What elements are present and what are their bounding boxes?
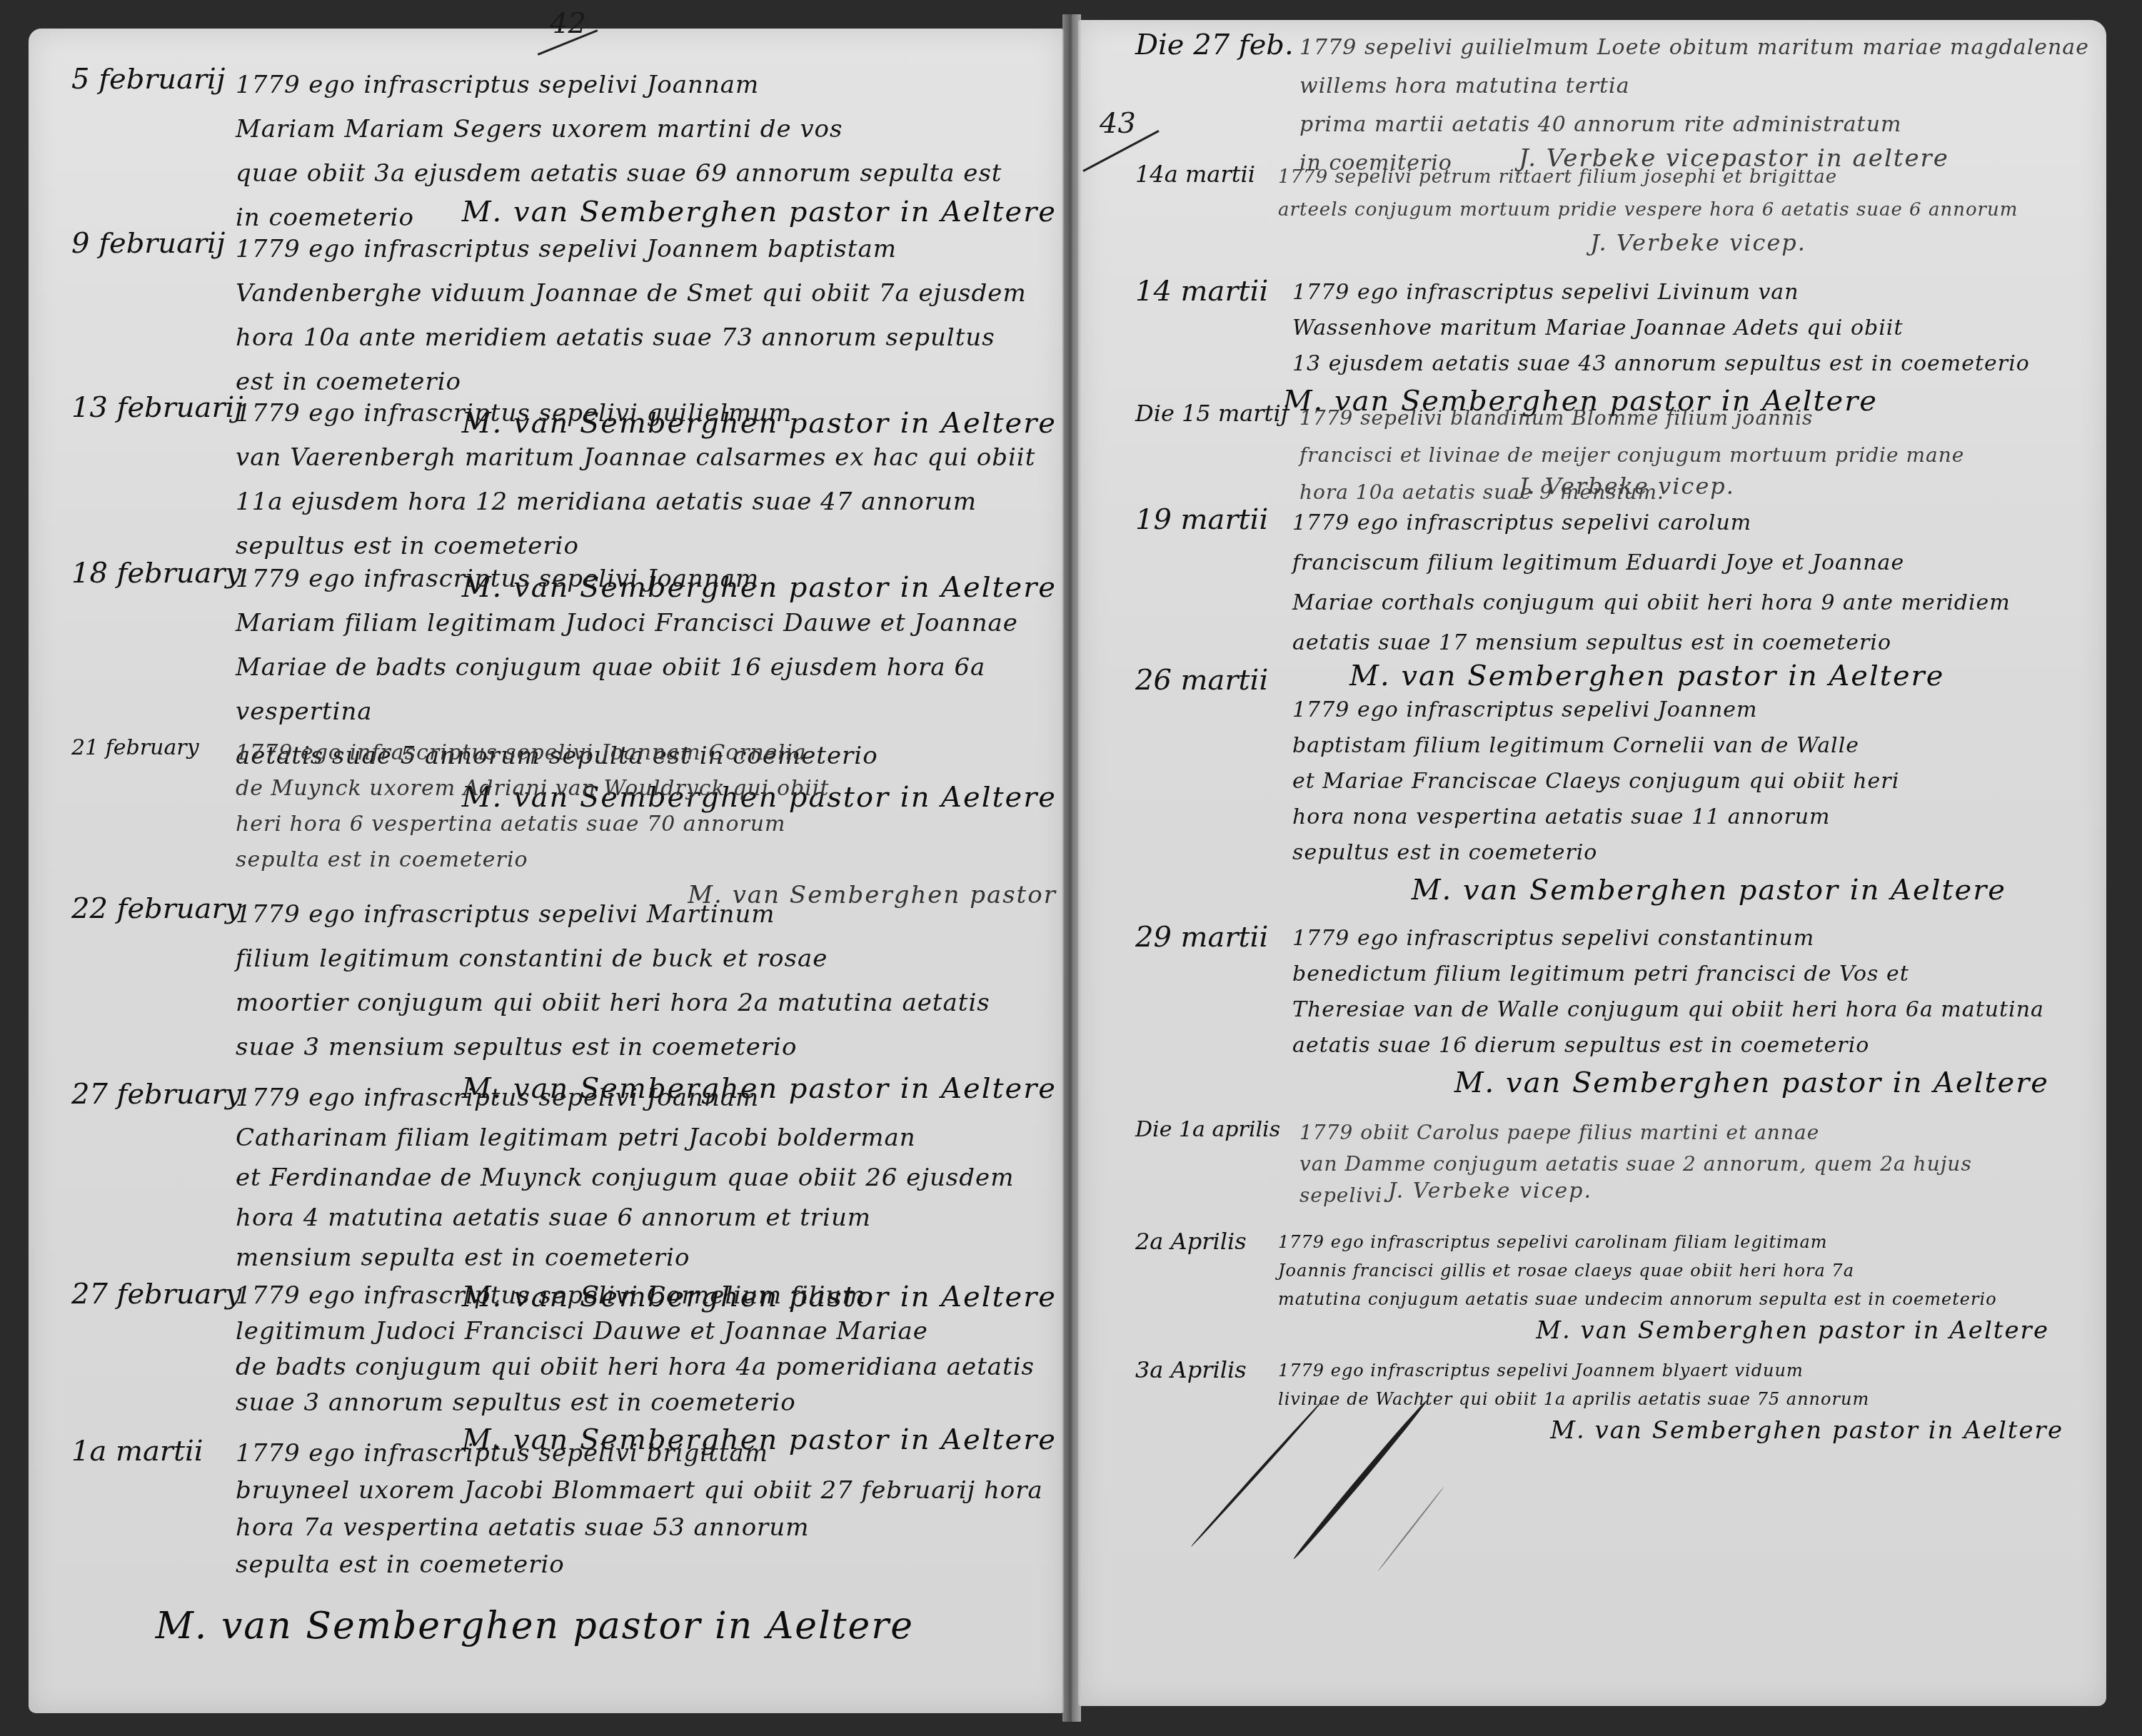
entry-date: 2a Aprilis — [1135, 1228, 1247, 1255]
entry-date: Die 15 martij — [1135, 400, 1288, 427]
entry-date: 3a Aprilis — [1135, 1356, 1247, 1383]
entry-signature: J. Verbeke vicep. — [1135, 1179, 2092, 1203]
burial-entry: 19 martii 1779 ego infrascriptus sepeliv… — [1135, 503, 2092, 663]
burial-entry: 1a martii 1779 ego infrascriptus sepeliv… — [71, 1435, 1057, 1647]
folio-number-left: 42 — [550, 7, 586, 40]
entry-date: 5 februarij — [71, 63, 225, 96]
burial-entry: 22 february 1779 ego infrascriptus sepel… — [71, 892, 1057, 1105]
entry-date: 9 februarij — [71, 227, 225, 260]
burial-entry: 14 martii 1779 ego infrascriptus sepeliv… — [1135, 275, 2092, 418]
burial-entry: 2a Aprilis 1779 ego infrascriptus sepeli… — [1135, 1228, 2092, 1345]
entry-text: 1779 ego infrascriptus sepelivi carolina… — [1135, 1228, 2092, 1313]
burial-entry: 29 martii 1779 ego infrascriptus sepeliv… — [1135, 921, 2092, 1099]
entry-date: 1a martii — [71, 1435, 203, 1468]
entry-signature: M. van Semberghen pastor in Aeltere — [1135, 1316, 2092, 1345]
entry-text: 1779 ego infrascriptus sepelivi carolum … — [1135, 503, 2092, 663]
entry-date: 13 februarij — [71, 391, 243, 424]
folio-number-right: 43 — [1100, 107, 1136, 140]
entry-date: 14 martii — [1135, 275, 1268, 308]
entry-signature: M. van Semberghen pastor in Aeltere — [1135, 1066, 2092, 1099]
entry-text: 1779 ego infrascriptus sepelivi Joannem … — [1135, 1356, 2092, 1413]
entry-text: 1779 ego infrascriptus sepelivi Livinum … — [1135, 275, 2092, 382]
burial-entry: 26 martii M. van Semberghen pastor in Ae… — [1135, 664, 2092, 907]
entry-text: 1779 ego infrascriptus sepelivi Joannam … — [71, 735, 1057, 878]
entry-signature: M. van Semberghen pastor in Aeltere — [1135, 874, 2092, 907]
entry-date: 22 february — [71, 892, 241, 925]
burial-entry: Die 15 martij 1779 sepelivi blandinum Bl… — [1135, 400, 2092, 500]
entry-date: 27 february — [71, 1278, 241, 1311]
entry-signature: J. Verbeke vicep. — [1135, 473, 2092, 500]
entry-date: 21 february — [71, 735, 199, 760]
entry-date: 29 martii — [1135, 921, 1268, 954]
burial-entry: Die 1a aprilis 1779 obiit Carolus paepe … — [1135, 1117, 2092, 1203]
burial-entry: Die 27 feb. 1779 sepelivi guilielmum Loe… — [1135, 29, 2092, 173]
entry-signature: M. van Semberghen pastor in Aeltere — [71, 1605, 1057, 1647]
entry-date: 27 february — [71, 1078, 241, 1111]
entry-date: Die 1a aprilis — [1135, 1117, 1280, 1142]
entry-signature-prior: M. van Semberghen pastor in Aeltere — [1349, 660, 1944, 692]
entry-text: 1779 ego infrascriptus sepelivi brigitta… — [71, 1435, 1057, 1583]
entry-signature: M. van Semberghen pastor in Aeltere — [1135, 1416, 2092, 1445]
entry-date: 26 martii — [1135, 664, 1268, 697]
book-gutter — [1062, 14, 1081, 1722]
burial-entry: 3a Aprilis 1779 ego infrascriptus sepeli… — [1135, 1356, 2092, 1445]
entry-date: Die 27 feb. — [1135, 29, 1294, 61]
entry-text: 1779 ego infrascriptus sepelivi Joannem … — [1135, 664, 2092, 871]
entry-date: 19 martii — [1135, 503, 1268, 536]
burial-entry: 21 february 1779 ego infrascriptus sepel… — [71, 735, 1057, 909]
burial-entry: 27 february 1779 ego infrascriptus sepel… — [71, 1278, 1057, 1456]
burial-entry: 14a martii 1779 sepelivi petrum rittaert… — [1135, 161, 2092, 256]
entry-signature: J. Verbeke vicep. — [1135, 229, 2092, 256]
entry-date: 18 february — [71, 557, 241, 590]
entry-signature: M. van Semberghen pastor in Aeltere — [71, 196, 1057, 228]
burial-entry: 5 februarij 1779 ego infrascriptus sepel… — [71, 63, 1057, 228]
entry-text: 1779 ego infrascriptus sepelivi constant… — [1135, 921, 2092, 1064]
entry-text: 1779 sepelivi petrum rittaert filium jos… — [1135, 161, 2092, 226]
entry-date: 14a martii — [1135, 161, 1255, 188]
